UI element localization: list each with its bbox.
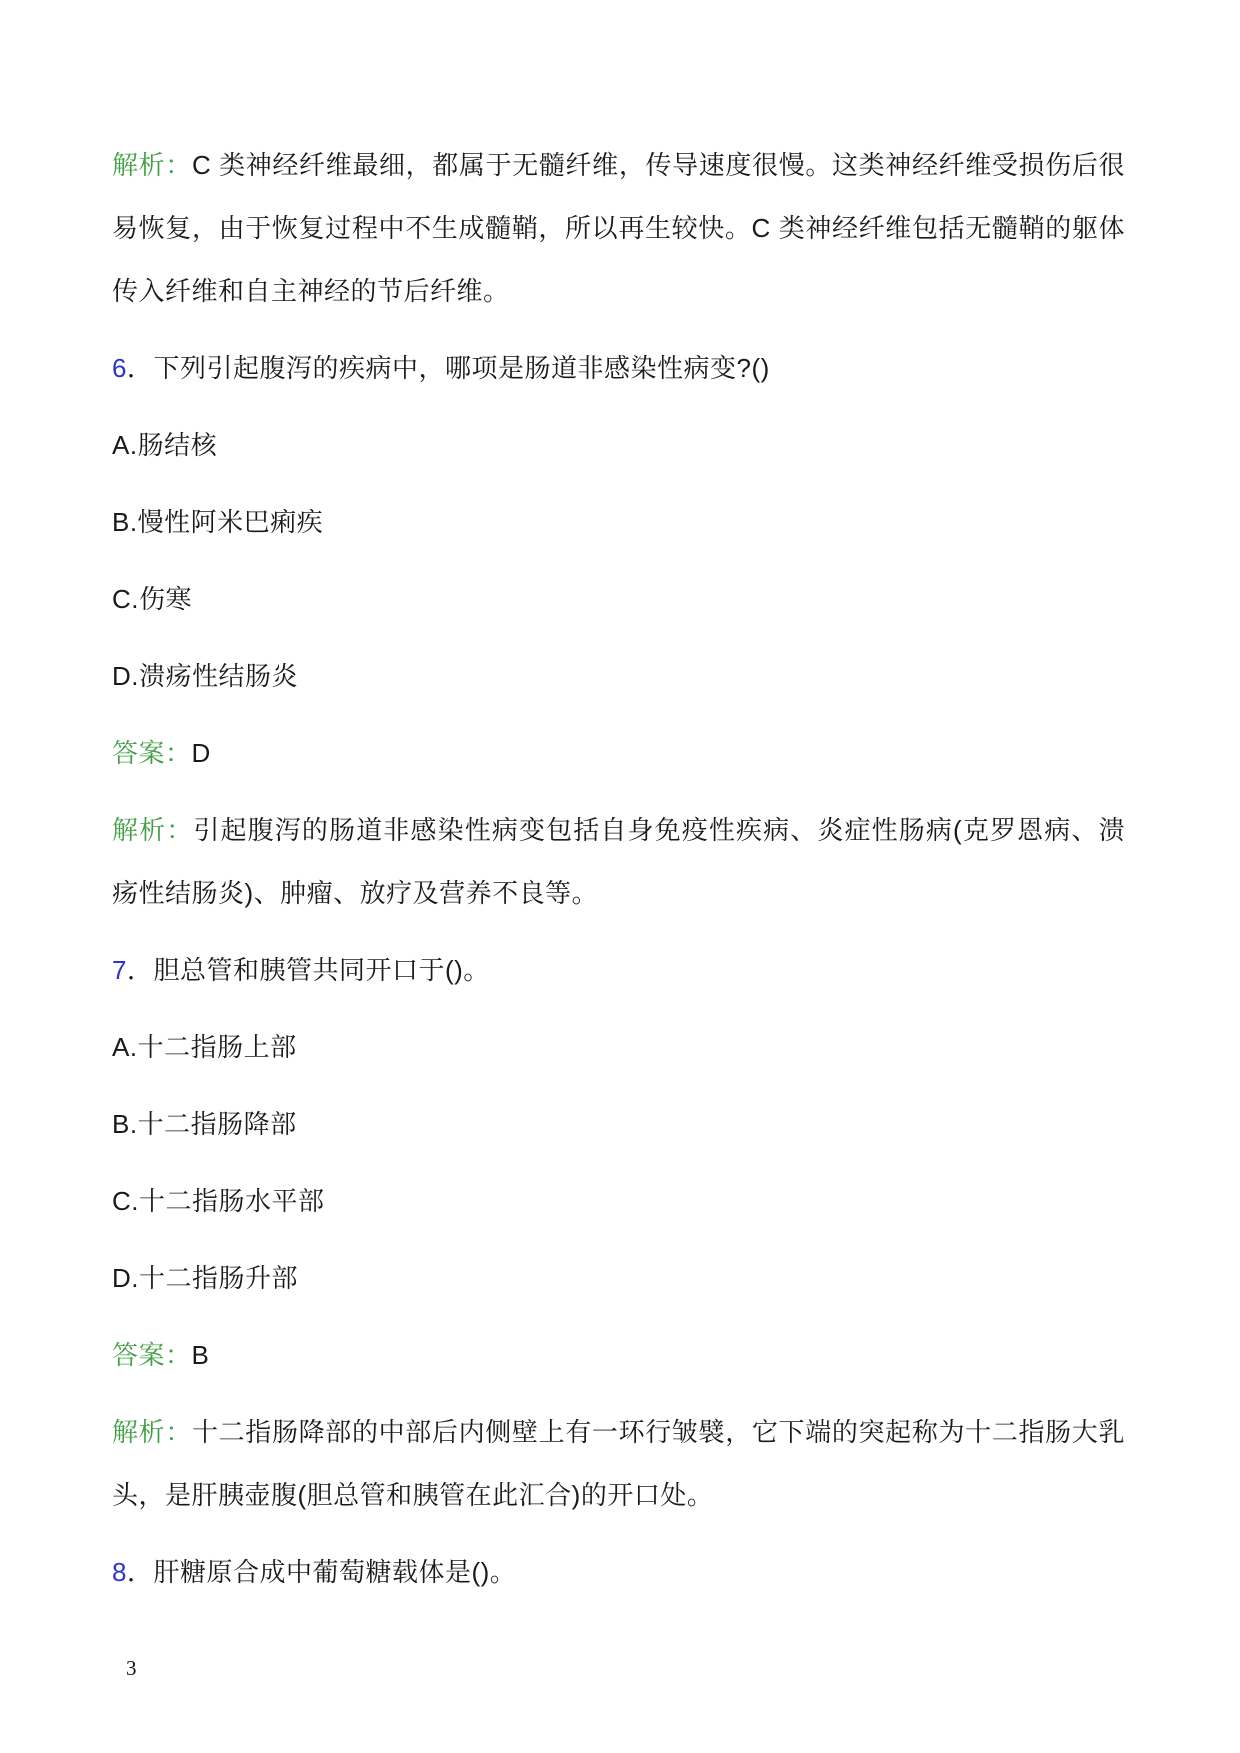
question-number: 7 <box>112 955 127 985</box>
explanation-text: C 类神经纤维最细，都属于无髓纤维，传导速度很慢。这类神经纤维受损伤后很易恢复，… <box>112 150 1125 306</box>
question-stem: 胆总管和胰管共同开口于()。 <box>153 955 489 985</box>
answer-label: 答案： <box>112 1340 192 1370</box>
option-text: D.十二指肠升部 <box>112 1263 298 1293</box>
page-number: 3 <box>126 1655 137 1681</box>
option-line: C.伤寒 <box>112 568 1125 631</box>
question-stem: 肝糖原合成中葡萄糖载体是()。 <box>153 1557 516 1587</box>
question-number: 8 <box>112 1557 127 1587</box>
explanation-label: 解析： <box>112 1417 192 1447</box>
explanation-text: 引起腹泻的肠道非感染性病变包括自身免疫性疾病、炎症性肠病(克罗恩病、溃疡性结肠炎… <box>112 815 1125 908</box>
question-paragraph: 6．下列引起腹泻的疾病中，哪项是肠道非感染性病变?() <box>112 337 1125 400</box>
answer-paragraph: 答案：B <box>112 1324 1125 1387</box>
answer-value: B <box>192 1340 210 1370</box>
option-line: D.十二指肠升部 <box>112 1247 1125 1310</box>
question-delimiter: ． <box>127 955 154 985</box>
question-number: 6 <box>112 353 127 383</box>
explanation-paragraph: 解析：C 类神经纤维最细，都属于无髓纤维，传导速度很慢。这类神经纤维受损伤后很易… <box>112 134 1125 323</box>
explanation-paragraph: 解析：十二指肠降部的中部后内侧壁上有一环行皱襞，它下端的突起称为十二指肠大乳头，… <box>112 1401 1125 1527</box>
question-paragraph: 8．肝糖原合成中葡萄糖载体是()。 <box>112 1541 1125 1604</box>
option-text: A.肠结核 <box>112 430 217 460</box>
option-line: A.十二指肠上部 <box>112 1016 1125 1079</box>
option-line: B.慢性阿米巴痢疾 <box>112 491 1125 554</box>
option-line: D.溃疡性结肠炎 <box>112 645 1125 708</box>
option-line: B.十二指肠降部 <box>112 1093 1125 1156</box>
option-text: A.十二指肠上部 <box>112 1032 297 1062</box>
answer-paragraph: 答案：D <box>112 722 1125 785</box>
option-line: C.十二指肠水平部 <box>112 1170 1125 1233</box>
option-text: D.溃疡性结肠炎 <box>112 661 298 691</box>
question-delimiter: ． <box>127 1557 154 1587</box>
answer-label: 答案： <box>112 738 192 768</box>
option-line: A.肠结核 <box>112 414 1125 477</box>
explanation-label: 解析： <box>112 150 192 180</box>
question-stem: 下列引起腹泻的疾病中，哪项是肠道非感染性病变?() <box>153 353 769 383</box>
explanation-label: 解析： <box>112 815 193 845</box>
option-text: C.伤寒 <box>112 584 192 614</box>
option-text: B.慢性阿米巴痢疾 <box>112 507 323 537</box>
option-text: B.十二指肠降部 <box>112 1109 297 1139</box>
document-page: 解析：C 类神经纤维最细，都属于无髓纤维，传导速度很慢。这类神经纤维受损伤后很易… <box>0 0 1240 1753</box>
explanation-text: 十二指肠降部的中部后内侧壁上有一环行皱襞，它下端的突起称为十二指肠大乳头，是肝胰… <box>112 1417 1125 1510</box>
answer-value: D <box>192 738 211 768</box>
question-delimiter: ． <box>127 353 154 383</box>
explanation-paragraph: 解析：引起腹泻的肠道非感染性病变包括自身免疫性疾病、炎症性肠病(克罗恩病、溃疡性… <box>112 799 1125 925</box>
option-text: C.十二指肠水平部 <box>112 1186 325 1216</box>
question-paragraph: 7．胆总管和胰管共同开口于()。 <box>112 939 1125 1002</box>
